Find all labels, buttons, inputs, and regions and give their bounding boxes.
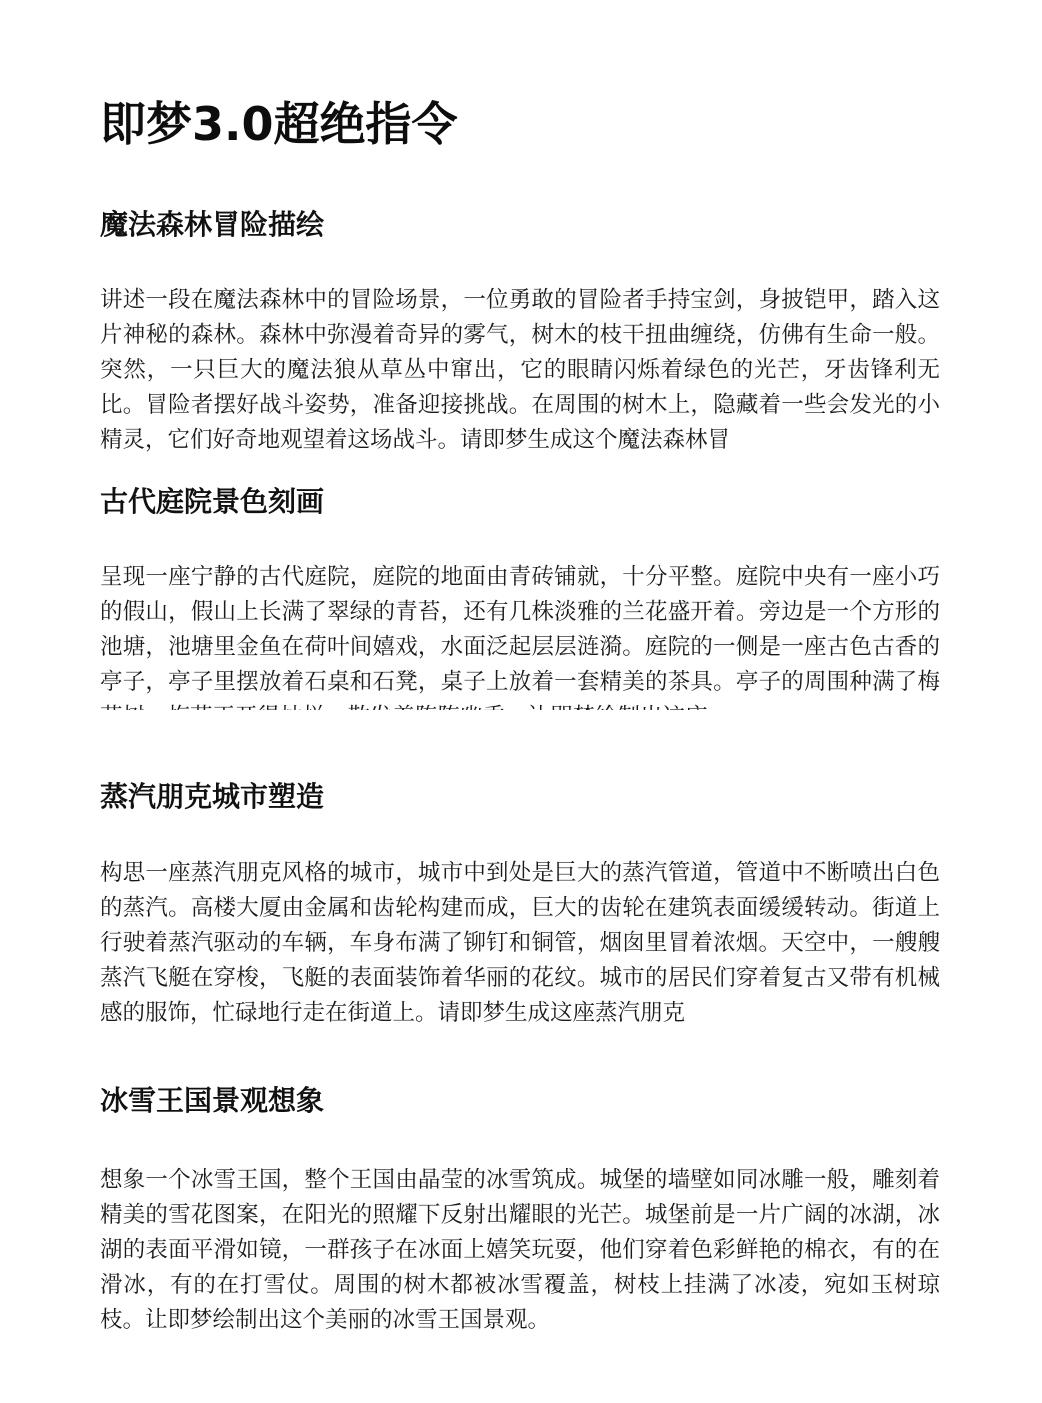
section-body-ice-kingdom: 想象一个冰雪王国，整个王国由晶莹的冰雪筑成。城堡的墙壁如同冰雕一般，雕刻着精美的…: [100, 1163, 940, 1343]
page-title: 即梦3.0超绝指令: [100, 92, 458, 156]
section-body-magic-forest: 讲述一段在魔法森林中的冒险场景，一位勇敢的冒险者手持宝剑，身披铠甲，踏入这片神秘…: [100, 283, 940, 458]
section-body-ancient-courtyard: 呈现一座宁静的古代庭院，庭院的地面由青砖铺就，十分平整。庭院中央有一座小巧的假山…: [100, 560, 940, 710]
section-body-steampunk-city: 构思一座蒸汽朋克风格的城市，城市中到处是巨大的蒸汽管道，管道中不断喷出白色的蒸汽…: [100, 856, 940, 1031]
section-heading-steampunk-city: 蒸汽朋克城市塑造: [100, 777, 324, 817]
section-heading-ice-kingdom: 冰雪王国景观想象: [100, 1081, 324, 1121]
section-heading-magic-forest: 魔法森林冒险描绘: [100, 205, 324, 245]
section-heading-ancient-courtyard: 古代庭院景色刻画: [100, 482, 324, 522]
